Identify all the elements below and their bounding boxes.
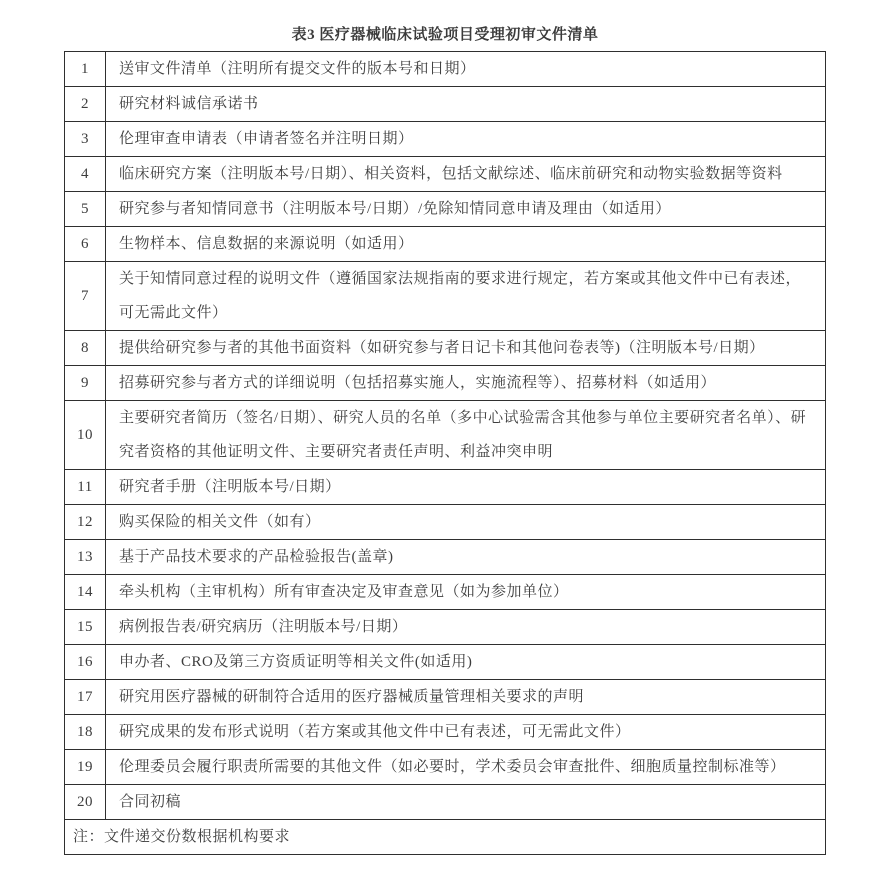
row-description: 研究用医疗器械的研制符合适用的医疗器械质量管理相关要求的声明 <box>106 680 826 715</box>
table-row: 5研究参与者知情同意书（注明版本号/日期）/免除知情同意申请及理由（如适用） <box>65 192 826 227</box>
row-number: 3 <box>65 122 106 157</box>
row-number: 13 <box>65 540 106 575</box>
row-description: 研究者手册（注明版本号/日期） <box>106 470 826 505</box>
table-row: 15病例报告表/研究病历（注明版本号/日期） <box>65 610 826 645</box>
table-row: 20合同初稿 <box>65 785 826 820</box>
row-number: 1 <box>65 52 106 87</box>
row-number: 14 <box>65 575 106 610</box>
page-title: 表3 医疗器械临床试验项目受理初审文件清单 <box>0 23 890 44</box>
table-row: 3伦理审查申请表（申请者签名并注明日期） <box>65 122 826 157</box>
row-number: 17 <box>65 680 106 715</box>
row-number: 9 <box>65 366 106 401</box>
table-row: 7关于知情同意过程的说明文件（遵循国家法规指南的要求进行规定，若方案或其他文件中… <box>65 262 826 331</box>
table-row: 6生物样本、信息数据的来源说明（如适用） <box>65 227 826 262</box>
row-number: 15 <box>65 610 106 645</box>
row-number: 5 <box>65 192 106 227</box>
row-description: 送审文件清单（注明所有提交文件的版本号和日期） <box>106 52 826 87</box>
table-row: 12购买保险的相关文件（如有） <box>65 505 826 540</box>
row-description: 购买保险的相关文件（如有） <box>106 505 826 540</box>
table-row: 8提供给研究参与者的其他书面资料（如研究参与者日记卡和其他问卷表等)（注明版本号… <box>65 331 826 366</box>
row-number: 12 <box>65 505 106 540</box>
row-number: 4 <box>65 157 106 192</box>
table-row: 10主要研究者简历（签名/日期）、研究人员的名单（多中心试验需含其他参与单位主要… <box>65 401 826 470</box>
row-description: 伦理审查申请表（申请者签名并注明日期） <box>106 122 826 157</box>
row-number: 16 <box>65 645 106 680</box>
document-page: 表3 医疗器械临床试验项目受理初审文件清单 1送审文件清单（注明所有提交文件的版… <box>0 0 890 855</box>
row-description: 基于产品技术要求的产品检验报告(盖章) <box>106 540 826 575</box>
row-description: 伦理委员会履行职责所需要的其他文件（如必要时，学术委员会审查批件、细胞质量控制标… <box>106 750 826 785</box>
row-description: 牵头机构（主审机构）所有审查决定及审查意见（如为参加单位） <box>106 575 826 610</box>
table-row: 13基于产品技术要求的产品检验报告(盖章) <box>65 540 826 575</box>
row-description: 研究成果的发布形式说明（若方案或其他文件中已有表述，可无需此文件） <box>106 715 826 750</box>
table-row: 19伦理委员会履行职责所需要的其他文件（如必要时，学术委员会审查批件、细胞质量控… <box>65 750 826 785</box>
table-row: 2研究材料诚信承诺书 <box>65 87 826 122</box>
row-number: 8 <box>65 331 106 366</box>
table-note: 注：文件递交份数根据机构要求 <box>65 820 826 855</box>
row-number: 11 <box>65 470 106 505</box>
checklist-table: 1送审文件清单（注明所有提交文件的版本号和日期）2研究材料诚信承诺书3伦理审查申… <box>64 51 826 855</box>
table-row: 1送审文件清单（注明所有提交文件的版本号和日期） <box>65 52 826 87</box>
row-description: 病例报告表/研究病历（注明版本号/日期） <box>106 610 826 645</box>
table-row: 16申办者、CRO及第三方资质证明等相关文件(如适用) <box>65 645 826 680</box>
table-row: 18研究成果的发布形式说明（若方案或其他文件中已有表述，可无需此文件） <box>65 715 826 750</box>
table-row: 4临床研究方案（注明版本号/日期）、相关资料，包括文献综述、临床前研究和动物实验… <box>65 157 826 192</box>
row-description: 研究材料诚信承诺书 <box>106 87 826 122</box>
row-description: 招募研究参与者方式的详细说明（包括招募实施人，实施流程等）、招募材料（如适用） <box>106 366 826 401</box>
row-description: 临床研究方案（注明版本号/日期）、相关资料，包括文献综述、临床前研究和动物实验数… <box>106 157 826 192</box>
row-description: 主要研究者简历（签名/日期）、研究人员的名单（多中心试验需含其他参与单位主要研究… <box>106 401 826 470</box>
row-description: 生物样本、信息数据的来源说明（如适用） <box>106 227 826 262</box>
row-number: 7 <box>65 262 106 331</box>
checklist-body: 1送审文件清单（注明所有提交文件的版本号和日期）2研究材料诚信承诺书3伦理审查申… <box>65 52 826 855</box>
row-description: 合同初稿 <box>106 785 826 820</box>
row-number: 6 <box>65 227 106 262</box>
row-number: 18 <box>65 715 106 750</box>
row-number: 2 <box>65 87 106 122</box>
row-number: 20 <box>65 785 106 820</box>
table-note-row: 注：文件递交份数根据机构要求 <box>65 820 826 855</box>
table-row: 9招募研究参与者方式的详细说明（包括招募实施人，实施流程等）、招募材料（如适用） <box>65 366 826 401</box>
row-description: 研究参与者知情同意书（注明版本号/日期）/免除知情同意申请及理由（如适用） <box>106 192 826 227</box>
row-description: 提供给研究参与者的其他书面资料（如研究参与者日记卡和其他问卷表等)（注明版本号/… <box>106 331 826 366</box>
row-description: 关于知情同意过程的说明文件（遵循国家法规指南的要求进行规定，若方案或其他文件中已… <box>106 262 826 331</box>
table-row: 17研究用医疗器械的研制符合适用的医疗器械质量管理相关要求的声明 <box>65 680 826 715</box>
table-row: 11研究者手册（注明版本号/日期） <box>65 470 826 505</box>
row-number: 10 <box>65 401 106 470</box>
table-row: 14牵头机构（主审机构）所有审查决定及审查意见（如为参加单位） <box>65 575 826 610</box>
row-description: 申办者、CRO及第三方资质证明等相关文件(如适用) <box>106 645 826 680</box>
row-number: 19 <box>65 750 106 785</box>
